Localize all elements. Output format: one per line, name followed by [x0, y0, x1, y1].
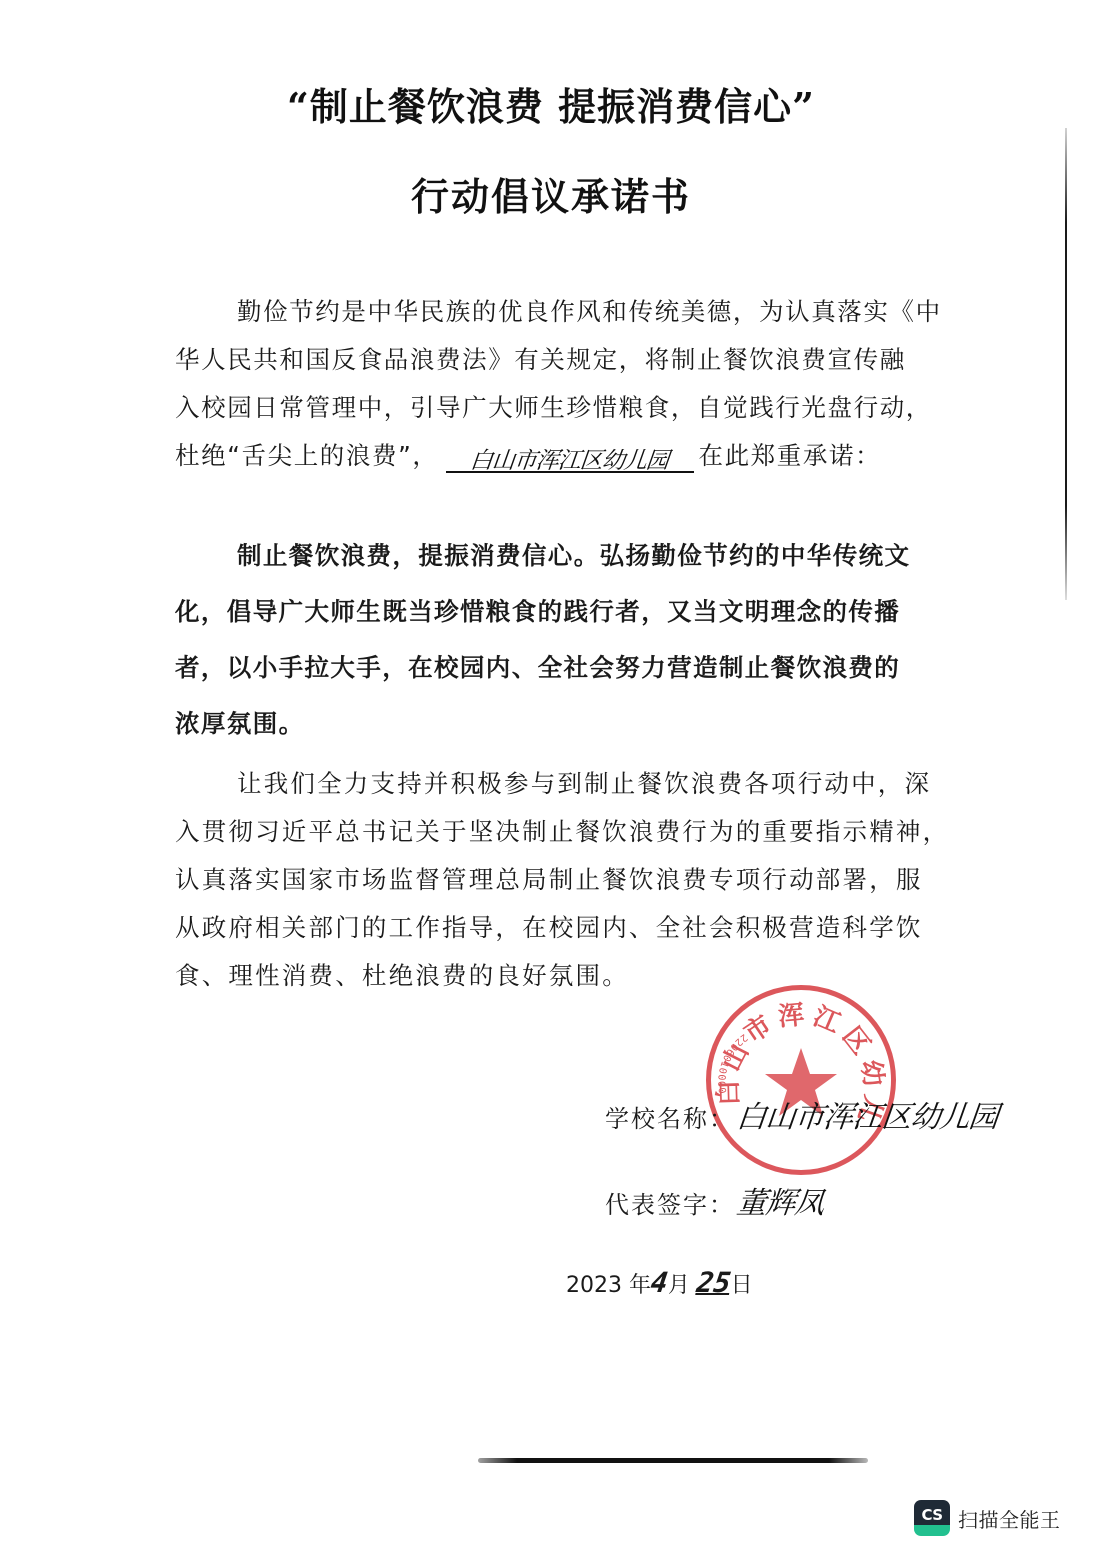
handwritten-school-name: 白山市浑江区幼儿园 [468, 437, 671, 485]
date-day-handwritten: 25 [695, 1266, 733, 1299]
camscanner-watermark: CS 扫描全能王 [914, 1500, 1061, 1536]
paragraph-line: 认真落实国家市场监督管理总局制止餐饮浪费专项行动部署，服 [175, 856, 915, 904]
paragraph-line: 华人民共和国反食品浪费法》有关规定，将制止餐饮浪费宣传融 [175, 336, 915, 384]
paragraph-intro: 勤俭节约是中华民族的优良作风和传统美德，为认真落实《中 华人民共和国反食品浪费法… [175, 288, 915, 480]
date-year: 2023 [566, 1273, 622, 1298]
paragraph-line: 制止餐饮浪费，提振消费信心。弘扬勤俭节约的中华传统文 [175, 528, 915, 584]
paragraph-call-to-action: 让我们全力支持并积极参与到制止餐饮浪费各项行动中，深 入贯彻习近平总书记关于坚决… [175, 760, 915, 1000]
signing-date: 2023 年4月 25日 [566, 1266, 753, 1299]
representative-label: 代表签字： [605, 1191, 735, 1219]
paragraph-line-with-blank: 杜绝“舌尖上的浪费”，白山市浑江区幼儿园在此郑重承诺： [175, 432, 915, 480]
school-name-row: 学校名称：白山市浑江区幼儿园 [605, 1092, 998, 1136]
date-year-suffix: 年 [622, 1273, 651, 1298]
document-subtitle: 行动倡议承诺书 [0, 166, 1102, 221]
official-seal-stamp: 白山市浑江区幼儿园 2206010000 [706, 985, 896, 1175]
date-month-suffix: 月 [668, 1273, 697, 1298]
paragraph-line: 让我们全力支持并积极参与到制止餐饮浪费各项行动中，深 [175, 760, 915, 808]
paragraph-line: 浓厚氛围。 [175, 696, 915, 752]
paragraph-line: 者，以小手拉大手，在校园内、全社会努力营造制止餐饮浪费的 [175, 640, 915, 696]
handwritten-school-name-signature: 白山市浑江区幼儿园 [735, 1092, 1001, 1136]
paragraph-commitment: 制止餐饮浪费，提振消费信心。弘扬勤俭节约的中华传统文 化，倡导广大师生既当珍惜粮… [175, 528, 915, 752]
paragraph-line: 入贯彻习近平总书记关于坚决制止餐饮浪费行为的重要指示精神， [175, 808, 915, 856]
blank-suffix-text: 在此郑重承诺： [698, 441, 881, 470]
date-day-suffix: 日 [731, 1273, 753, 1298]
blank-underline [446, 471, 694, 473]
document-title: “制止餐饮浪费 提振消费信心” [0, 76, 1102, 131]
school-name-blank: 白山市浑江区幼儿园 [446, 437, 694, 477]
paragraph-line: 入校园日常管理中，引导广大师生珍惜粮食，自觉践行光盘行动， [175, 384, 915, 432]
watermark-text: 扫描全能王 [958, 1504, 1061, 1533]
blank-prefix-text: 杜绝“舌尖上的浪费”， [175, 441, 438, 470]
handwritten-representative-signature: 董辉凤 [735, 1178, 827, 1222]
paragraph-line: 从政府相关部门的工作指导，在校园内、全社会积极营造科学饮 [175, 904, 915, 952]
scan-bottom-edge-line [478, 1458, 868, 1463]
paragraph-line: 勤俭节约是中华民族的优良作风和传统美德，为认真落实《中 [175, 288, 915, 336]
school-name-label: 学校名称： [605, 1105, 735, 1133]
seal-star-icon: 白山市浑江区幼儿园 2206010000 [711, 990, 891, 1170]
representative-signature-row: 代表签字：董辉凤 [605, 1178, 824, 1222]
paragraph-line: 化，倡导广大师生既当珍惜粮食的践行者，又当文明理念的传播 [175, 584, 915, 640]
camscanner-logo-icon: CS [914, 1500, 950, 1536]
